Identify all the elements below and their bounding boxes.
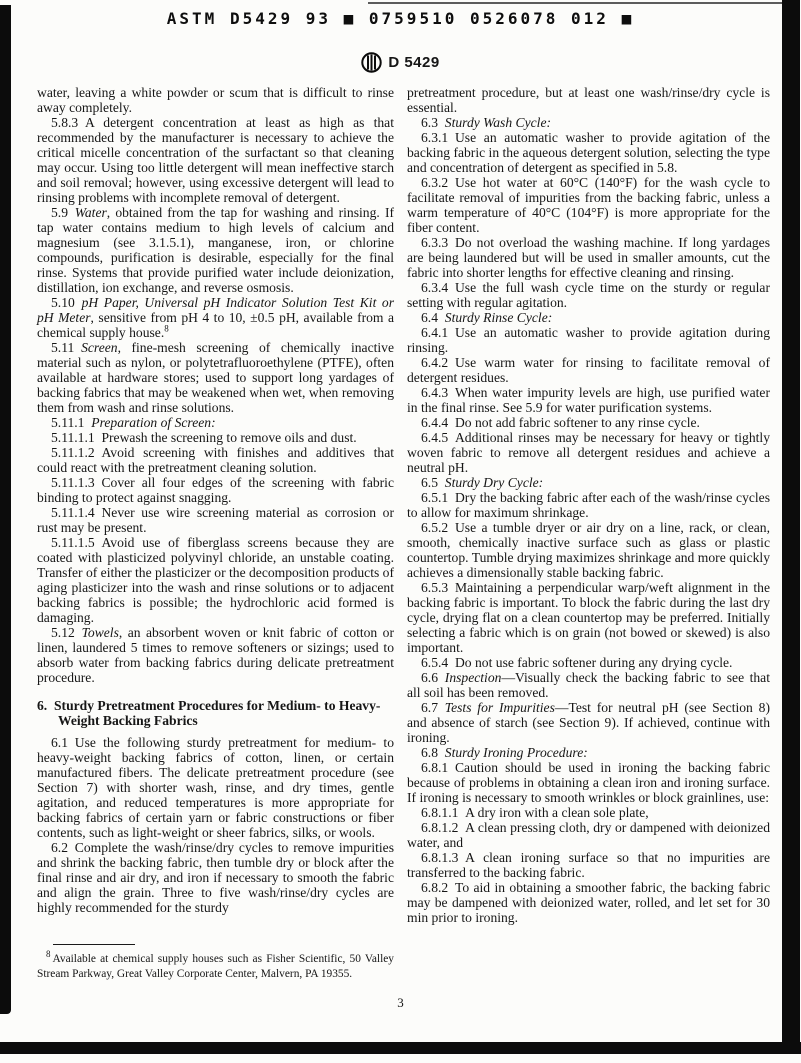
paragraph: 6.4 Sturdy Rinse Cycle: [407, 310, 770, 325]
paragraph: 6.8.2 To aid in obtaining a smoother fab… [407, 880, 770, 925]
paragraph: water, leaving a white powder or scum th… [37, 85, 394, 115]
paragraph: 5.8.3 A detergent concentration at least… [37, 115, 394, 205]
paragraph: 5.11.1.5 Avoid use of fiberglass screens… [37, 535, 394, 625]
footnote-text: 8Available at chemical supply houses suc… [37, 952, 394, 981]
paragraph: 6.3.2 Use hot water at 60°C (140°F) for … [407, 175, 770, 235]
para-text: 5.11 [51, 340, 81, 355]
right-column: pretreatment procedure, but at least one… [407, 85, 770, 925]
para-text: 5.9 [51, 205, 75, 220]
footnote-rule [53, 944, 135, 945]
paragraph: 6.5.4 Do not use fabric softener during … [407, 655, 770, 670]
para-italic-term: Tests for Impurities [445, 700, 555, 715]
para-text: 5.11.1.2 Avoid screening with finishes a… [37, 445, 394, 475]
para-text-rest: , sensitive from pH 4 to 10, ±0.5 pH, av… [37, 310, 394, 340]
para-text: 5.11.1 [51, 415, 91, 430]
paragraph: 6.6 Inspection—Visually check the backin… [407, 670, 770, 700]
scan-edge-left-bar [0, 5, 11, 1014]
para-text: 6.4.1 Use an automatic washer to provide… [407, 325, 770, 355]
paragraph: 5.11.1.4 Never use wire screening materi… [37, 505, 394, 535]
para-text: 6.7 [421, 700, 445, 715]
para-italic-term: Sturdy Ironing Procedure: [445, 745, 588, 760]
para-text: 6.5.2 Use a tumble dryer or air dry on a… [407, 520, 770, 580]
ocr-header-code: ASTM D5429 93 ■ 0759510 0526078 012 ■ [0, 9, 801, 28]
para-text: 6.8.1.2 A clean pressing cloth, dry or d… [407, 820, 770, 850]
para-text: water, leaving a white powder or scum th… [37, 85, 394, 115]
scan-edge-bottom-bar [0, 1042, 801, 1054]
paragraph: 5.11.1.3 Cover all four edges of the scr… [37, 475, 394, 505]
footnote-marker: 8 [46, 949, 51, 959]
para-text: 6. Sturdy Pretreatment Procedures for Me… [37, 698, 380, 728]
para-italic-term: Sturdy Wash Cycle: [445, 115, 551, 130]
paragraph: 6.8.1 Caution should be used in ironing … [407, 760, 770, 805]
paragraph: pretreatment procedure, but at least one… [407, 85, 770, 115]
paragraph: 6.4.2 Use warm water for rinsing to faci… [407, 355, 770, 385]
paragraph: 6.5 Sturdy Dry Cycle: [407, 475, 770, 490]
para-text: 6.4.5 Additional rinses may be necessary… [407, 430, 770, 475]
para-italic-term: Towels [82, 625, 119, 640]
scan-edge-top-line [368, 2, 782, 4]
paragraph: 6.5.2 Use a tumble dryer or air dry on a… [407, 520, 770, 580]
para-text: 6.3.4 Use the full wash cycle time on th… [407, 280, 770, 310]
para-italic-term: Screen [81, 340, 117, 355]
para-text: 5.8.3 A detergent concentration at least… [37, 115, 394, 205]
para-text: 6.8.1 Caution should be used in ironing … [407, 760, 770, 805]
para-text: 6.4 [421, 310, 445, 325]
paragraph: 6.4.4 Do not add fabric softener to any … [407, 415, 770, 430]
paragraph: 6.7 Tests for Impurities—Test for neutra… [407, 700, 770, 745]
para-text: 6.3.1 Use an automatic washer to provide… [407, 130, 770, 175]
footnote: 8Available at chemical supply houses suc… [37, 944, 394, 981]
footnote-ref: 8 [164, 323, 169, 333]
paragraph: 6.3.1 Use an automatic washer to provide… [407, 130, 770, 175]
para-text: 5.11.1.1 Prewash the screening to remove… [51, 430, 357, 445]
para-italic-term: Water [75, 205, 107, 220]
para-text: 6.4.3 When water impurity levels are hig… [407, 385, 770, 415]
para-text: 6.1 Use the following sturdy pretreatmen… [37, 735, 394, 840]
para-text: pretreatment procedure, but at least one… [407, 85, 770, 115]
paragraph: 6.8 Sturdy Ironing Procedure: [407, 745, 770, 760]
para-text: 6.6 [421, 670, 445, 685]
paragraph: 6.8.1.2 A clean pressing cloth, dry or d… [407, 820, 770, 850]
para-text: 5.11.1.5 Avoid use of fiberglass screens… [37, 535, 394, 625]
paragraph: 6.5.3 Maintaining a perpendicular warp/w… [407, 580, 770, 655]
para-text: 5.11.1.3 Cover all four edges of the scr… [37, 475, 394, 505]
left-column: water, leaving a white powder or scum th… [37, 85, 394, 915]
page-number: 3 [0, 995, 801, 1011]
scan-edge-right-bar [782, 0, 800, 1046]
para-text: 6.8.2 To aid in obtaining a smoother fab… [407, 880, 770, 925]
paragraph: 6.8.1.1 A dry iron with a clean sole pla… [407, 805, 770, 820]
para-text: 6.5.3 Maintaining a perpendicular warp/w… [407, 580, 770, 655]
para-text: 6.5.4 Do not use fabric softener during … [421, 655, 732, 670]
paragraph: 5.9 Water, obtained from the tap for was… [37, 205, 394, 295]
paragraph: 6.5.1 Dry the backing fabric after each … [407, 490, 770, 520]
para-text: 6.4.4 Do not add fabric softener to any … [421, 415, 700, 430]
footnote-body: Available at chemical supply houses such… [37, 953, 394, 980]
paragraph: 6.4.1 Use an automatic washer to provide… [407, 325, 770, 355]
para-italic-term: Sturdy Dry Cycle: [445, 475, 543, 490]
paragraph: 6.3.3 Do not overload the washing machin… [407, 235, 770, 280]
paragraph: 6.3 Sturdy Wash Cycle: [407, 115, 770, 130]
paragraph: 5.11.1 Preparation of Screen: [37, 415, 394, 430]
doc-number: D 5429 [388, 54, 439, 71]
para-text: 6.4.2 Use warm water for rinsing to faci… [407, 355, 770, 385]
paragraph: 6.4.5 Additional rinses may be necessary… [407, 430, 770, 475]
para-text: 6.5.1 Dry the backing fabric after each … [407, 490, 770, 520]
para-italic-term: Preparation of Screen: [91, 415, 215, 430]
para-text: 6.8.1.1 A dry iron with a clean sole pla… [421, 805, 649, 820]
paragraph: 5.11 Screen, fine-mesh screening of chem… [37, 340, 394, 415]
para-text: 6.8.1.3 A clean ironing surface so that … [407, 850, 770, 880]
document-page: ASTM D5429 93 ■ 0759510 0526078 012 ■ D … [0, 0, 801, 1063]
para-text: 5.10 [51, 295, 82, 310]
paragraph: 6.8.1.3 A clean ironing surface so that … [407, 850, 770, 880]
paragraph: 5.10 pH Paper, Universal pH Indicator So… [37, 295, 394, 340]
para-text: 5.12 [51, 625, 82, 640]
paragraph: 6.4.3 When water impurity levels are hig… [407, 385, 770, 415]
para-text: 6.3.3 Do not overload the washing machin… [407, 235, 770, 280]
astm-logo-icon [361, 52, 382, 73]
para-text: 6.2 Complete the wash/rinse/dry cycles t… [37, 840, 394, 915]
paragraph: 6.2 Complete the wash/rinse/dry cycles t… [37, 840, 394, 915]
para-text: 6.8 [421, 745, 445, 760]
para-italic-term: Inspection [445, 670, 502, 685]
paragraph: 6. Sturdy Pretreatment Procedures for Me… [37, 698, 394, 728]
para-italic-term: Sturdy Rinse Cycle: [445, 310, 552, 325]
paragraph: 5.11.1.2 Avoid screening with finishes a… [37, 445, 394, 475]
para-text: 5.11.1.4 Never use wire screening materi… [37, 505, 394, 535]
paragraph: 6.1 Use the following sturdy pretreatmen… [37, 735, 394, 840]
para-text: 6.3.2 Use hot water at 60°C (140°F) for … [407, 175, 770, 235]
para-text: 6.5 [421, 475, 445, 490]
document-id: D 5429 [0, 52, 801, 73]
paragraph: 6.3.4 Use the full wash cycle time on th… [407, 280, 770, 310]
paragraph: 5.12 Towels, an absorbent woven or knit … [37, 625, 394, 685]
para-text: 6.3 [421, 115, 445, 130]
paragraph: 5.11.1.1 Prewash the screening to remove… [37, 430, 394, 445]
